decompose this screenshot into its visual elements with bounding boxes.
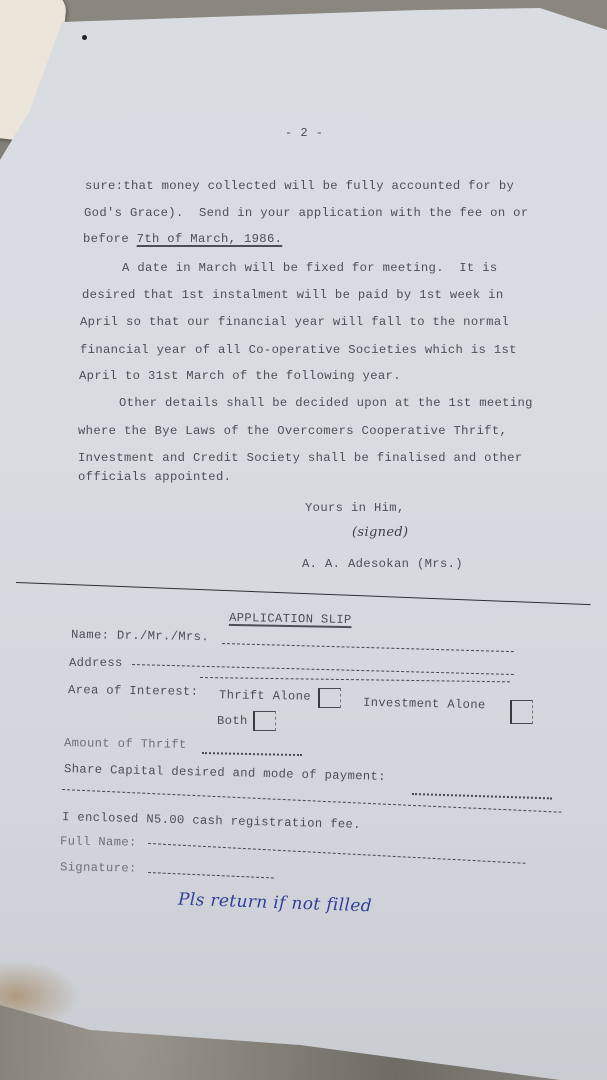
para2-line2: desired that 1st instalment will be paid…: [82, 288, 504, 302]
option-thrift-alone-label: Thrift Alone: [219, 688, 311, 704]
para2-line1: A date in March will be fixed for meetin…: [122, 261, 498, 275]
option-both-label: Both: [217, 714, 248, 728]
address-field-line-2[interactable]: [200, 677, 510, 682]
share-capital-field[interactable]: [412, 793, 552, 799]
full-name-label: Full Name:: [60, 834, 137, 849]
slip-title: APPLICATION SLIP: [229, 611, 352, 627]
handwritten-note: Pls return if not filled: [178, 890, 373, 917]
deadline-date: 7th of March, 1986.: [137, 232, 283, 246]
signed-mark: (signed): [352, 525, 408, 540]
salutation: Yours in Him,: [305, 501, 405, 515]
thrift-alone-checkbox[interactable]: [318, 688, 341, 708]
ink-dot: [82, 35, 87, 40]
amount-of-thrift-label: Amount of Thrift: [64, 736, 187, 752]
full-name-field-line[interactable]: [148, 843, 526, 864]
para3-line4: officials appointed.: [78, 470, 231, 484]
signatory-name: A. A. Adesokan (Mrs.): [302, 557, 463, 571]
area-of-interest-label: Area of Interest:: [68, 683, 198, 699]
address-field-line[interactable]: [132, 664, 514, 675]
fee-statement: I enclosed N5.00 cash registration fee.: [62, 810, 361, 832]
name-label: Name: Dr./Mr./Mrs.: [71, 628, 209, 644]
share-capital-label: Share Capital desired and mode of paymen…: [64, 762, 386, 784]
para2-line3: April so that our financial year will fa…: [80, 315, 509, 329]
signature-label: Signature:: [60, 860, 137, 875]
separator-line: [16, 582, 591, 605]
para3-line3: Investment and Credit Society shall be f…: [78, 451, 523, 465]
option-investment-alone-label: Investment Alone: [363, 696, 486, 713]
address-label: Address: [69, 656, 123, 670]
para1-line3-prefix: before: [83, 232, 137, 246]
name-field-line[interactable]: [222, 643, 514, 652]
para3-line1: Other details shall be decided upon at t…: [119, 396, 533, 410]
para2-line5: April to 31st March of the following yea…: [79, 369, 401, 383]
share-capital-field-line[interactable]: [62, 789, 562, 813]
amount-of-thrift-field[interactable]: [202, 752, 302, 756]
investment-alone-checkbox[interactable]: [510, 700, 533, 724]
signature-field-line[interactable]: [148, 872, 274, 878]
para2-line4: financial year of all Co-operative Socie…: [80, 343, 517, 357]
page-number: - 2 -: [285, 126, 323, 140]
para1-line1: sure:that money collected will be fully …: [85, 179, 514, 193]
document-page: - 2 - sure:that money collected will be …: [0, 0, 607, 1080]
para1-line2: God's Grace). Send in your application w…: [84, 206, 529, 220]
para3-line2: where the Bye Laws of the Overcomers Coo…: [78, 424, 507, 438]
both-checkbox[interactable]: [253, 711, 276, 731]
para1-line3: before 7th of March, 1986.: [83, 232, 282, 246]
